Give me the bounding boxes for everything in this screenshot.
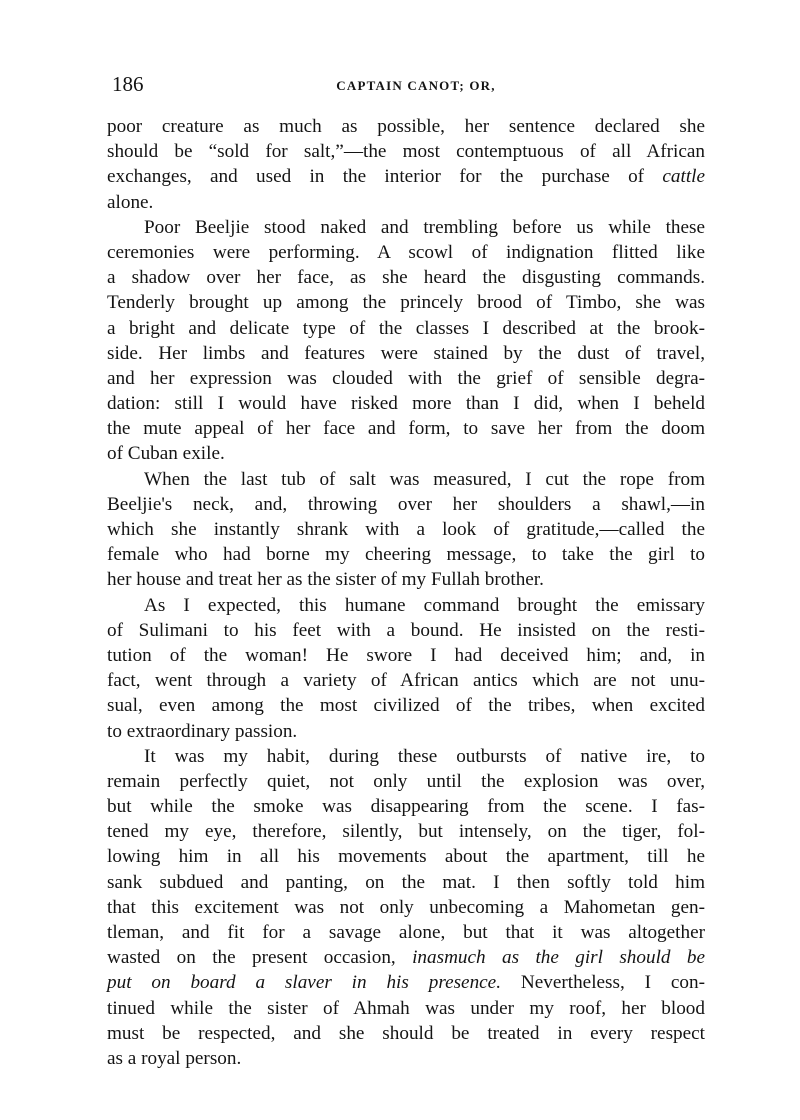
running-head: 186 CAPTAIN CANOT; OR,: [107, 72, 705, 98]
italic-text: inasmuch as the girl should be: [412, 947, 705, 968]
text-line: tinued while the sister of Ahmah was und…: [107, 996, 705, 1021]
text-line: When the last tub of salt was measured, …: [107, 467, 705, 492]
italic-text: put on board a slaver in his presence.: [107, 972, 501, 993]
text-line: should be “sold for salt,”—the most cont…: [107, 139, 705, 164]
text-line: her house and treat her as the sister of…: [107, 567, 705, 592]
text-line: put on board a slaver in his presence. N…: [107, 970, 705, 995]
text-line: and her expression was clouded with the …: [107, 366, 705, 391]
text-line: which she instantly shrank with a look o…: [107, 517, 705, 542]
text-line: to extraordinary passion.: [107, 719, 705, 744]
running-title: CAPTAIN CANOT; OR,: [107, 76, 705, 96]
text-line: of Cuban exile.: [107, 441, 705, 466]
text-line: a shadow over her face, as she heard the…: [107, 265, 705, 290]
text-line: ceremonies were performing. A scowl of i…: [107, 240, 705, 265]
text-line: of Sulimani to his feet with a bound. He…: [107, 618, 705, 643]
text-line: It was my habit, during these outbursts …: [107, 744, 705, 769]
text-line: sank subdued and panting, on the mat. I …: [107, 870, 705, 895]
text-line: wasted on the present occasion, inasmuch…: [107, 945, 705, 970]
paragraph: poor creature as much as possible, her s…: [107, 114, 705, 215]
italic-text: cattle: [662, 166, 705, 187]
text-line: as a royal person.: [107, 1046, 705, 1071]
text-line: tution of the woman! He swore I had dece…: [107, 643, 705, 668]
text-line: As I expected, this humane command broug…: [107, 593, 705, 618]
text-line: female who had borne my cheering message…: [107, 542, 705, 567]
text-line: a bright and delicate type of the classe…: [107, 316, 705, 341]
text-line: Tenderly brought up among the princely b…: [107, 290, 705, 315]
text-line: poor creature as much as possible, her s…: [107, 114, 705, 139]
text-line: alone.: [107, 190, 705, 215]
text-line: dation: still I would have risked more t…: [107, 391, 705, 416]
text-line: that this excitement was not only unbeco…: [107, 895, 705, 920]
paragraph: When the last tub of salt was measured, …: [107, 467, 705, 593]
text-line: sual, even among the most civilized of t…: [107, 693, 705, 718]
text-line: Beeljie's neck, and, throwing over her s…: [107, 492, 705, 517]
text-line: must be respected, and she should be tre…: [107, 1021, 705, 1046]
text-line: the mute appeal of her face and form, to…: [107, 416, 705, 441]
book-page: 186 CAPTAIN CANOT; OR, poor creature as …: [0, 0, 800, 1120]
text-line: but while the smoke was disappearing fro…: [107, 794, 705, 819]
paragraph: As I expected, this humane command broug…: [107, 593, 705, 744]
paragraph: It was my habit, during these outbursts …: [107, 744, 705, 1071]
text-line: side. Her limbs and features were staine…: [107, 341, 705, 366]
text-line: remain perfectly quiet, not only until t…: [107, 769, 705, 794]
paragraph: Poor Beeljie stood naked and trembling b…: [107, 215, 705, 467]
body-text: poor creature as much as possible, her s…: [107, 114, 705, 1071]
text-line: fact, went through a variety of African …: [107, 668, 705, 693]
text-line: tleman, and fit for a savage alone, but …: [107, 920, 705, 945]
text-line: tened my eye, therefore, silently, but i…: [107, 819, 705, 844]
text-line: exchanges, and used in the interior for …: [107, 164, 705, 189]
text-line: Poor Beeljie stood naked and trembling b…: [107, 215, 705, 240]
text-line: lowing him in all his movements about th…: [107, 844, 705, 869]
